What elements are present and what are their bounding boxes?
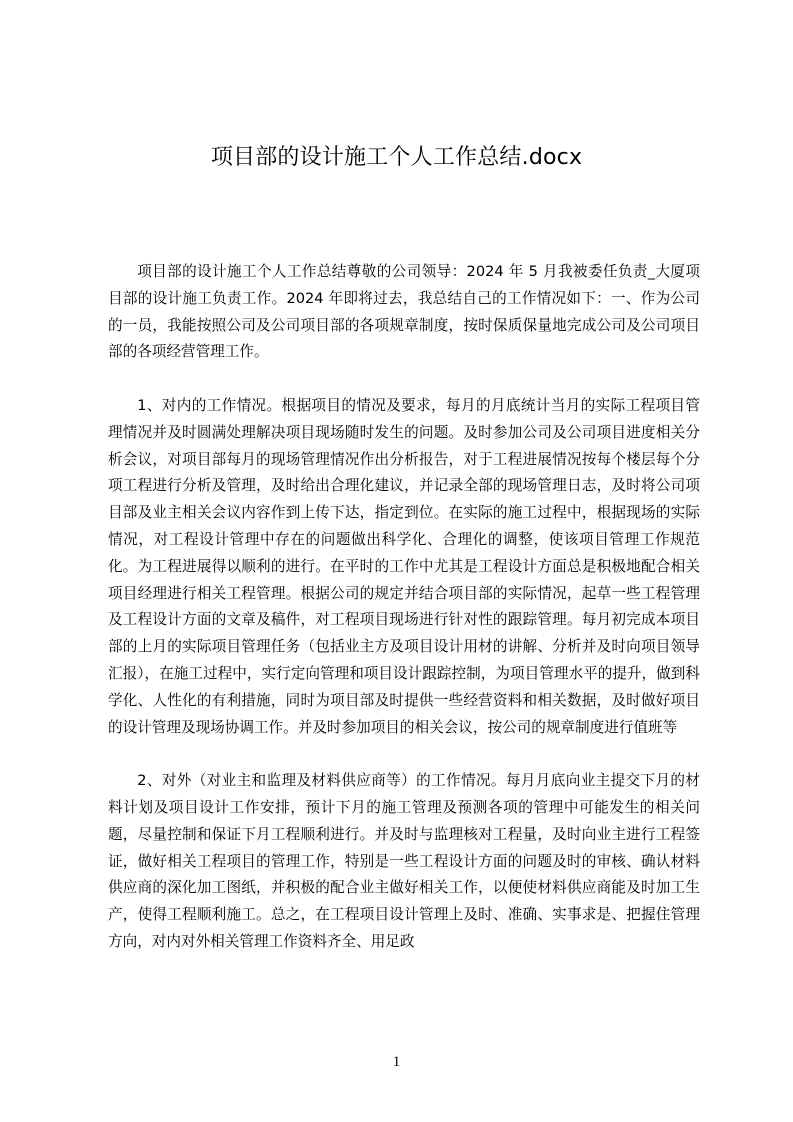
paragraph-internal-work: 1、对内的工作情况。根据项目的情况及要求，每月的月底统计当月的实际工程项目管理情… — [108, 393, 700, 741]
document-body: 项目部的设计施工个人工作总结尊敬的公司领导：2024 年 5 月我被委任负责_大… — [108, 259, 700, 956]
paragraph-external-work: 2、对外（对业主和监理及材料供应商等）的工作情况。每月月底向业主提交下月的材料计… — [108, 768, 700, 956]
paragraph-intro: 项目部的设计施工个人工作总结尊敬的公司领导：2024 年 5 月我被委任负责_大… — [108, 259, 700, 366]
document-title: 项目部的设计施工个人工作总结.docx — [0, 142, 793, 174]
page-number: 1 — [0, 1054, 793, 1071]
